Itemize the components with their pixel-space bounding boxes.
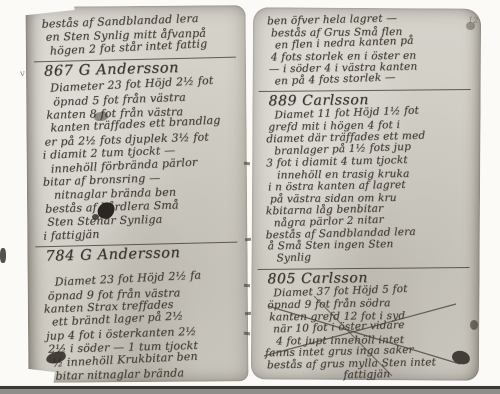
edge-mark-left <box>0 248 6 263</box>
stitch-mark <box>245 312 251 315</box>
stitch-mark <box>245 238 251 241</box>
margin-checkmark: v <box>19 69 26 80</box>
right-page: ben öfver hela lagret —bestås af Grus Sm… <box>251 7 481 380</box>
stitch-mark <box>244 284 250 287</box>
stitch-mark <box>244 332 250 335</box>
notebook-photo: bestås af Sandblandad leraen Sten Synlig… <box>0 0 500 394</box>
photo-bottom-edge <box>0 385 500 394</box>
edge-mark-right <box>470 320 478 330</box>
ink-blot-small <box>92 214 99 220</box>
left-page: bestås af Sandblandad leraen Sten Synlig… <box>26 5 249 383</box>
entry-heading: 784 G Andersson <box>45 243 247 265</box>
corner-smudge-top-right <box>466 22 475 30</box>
